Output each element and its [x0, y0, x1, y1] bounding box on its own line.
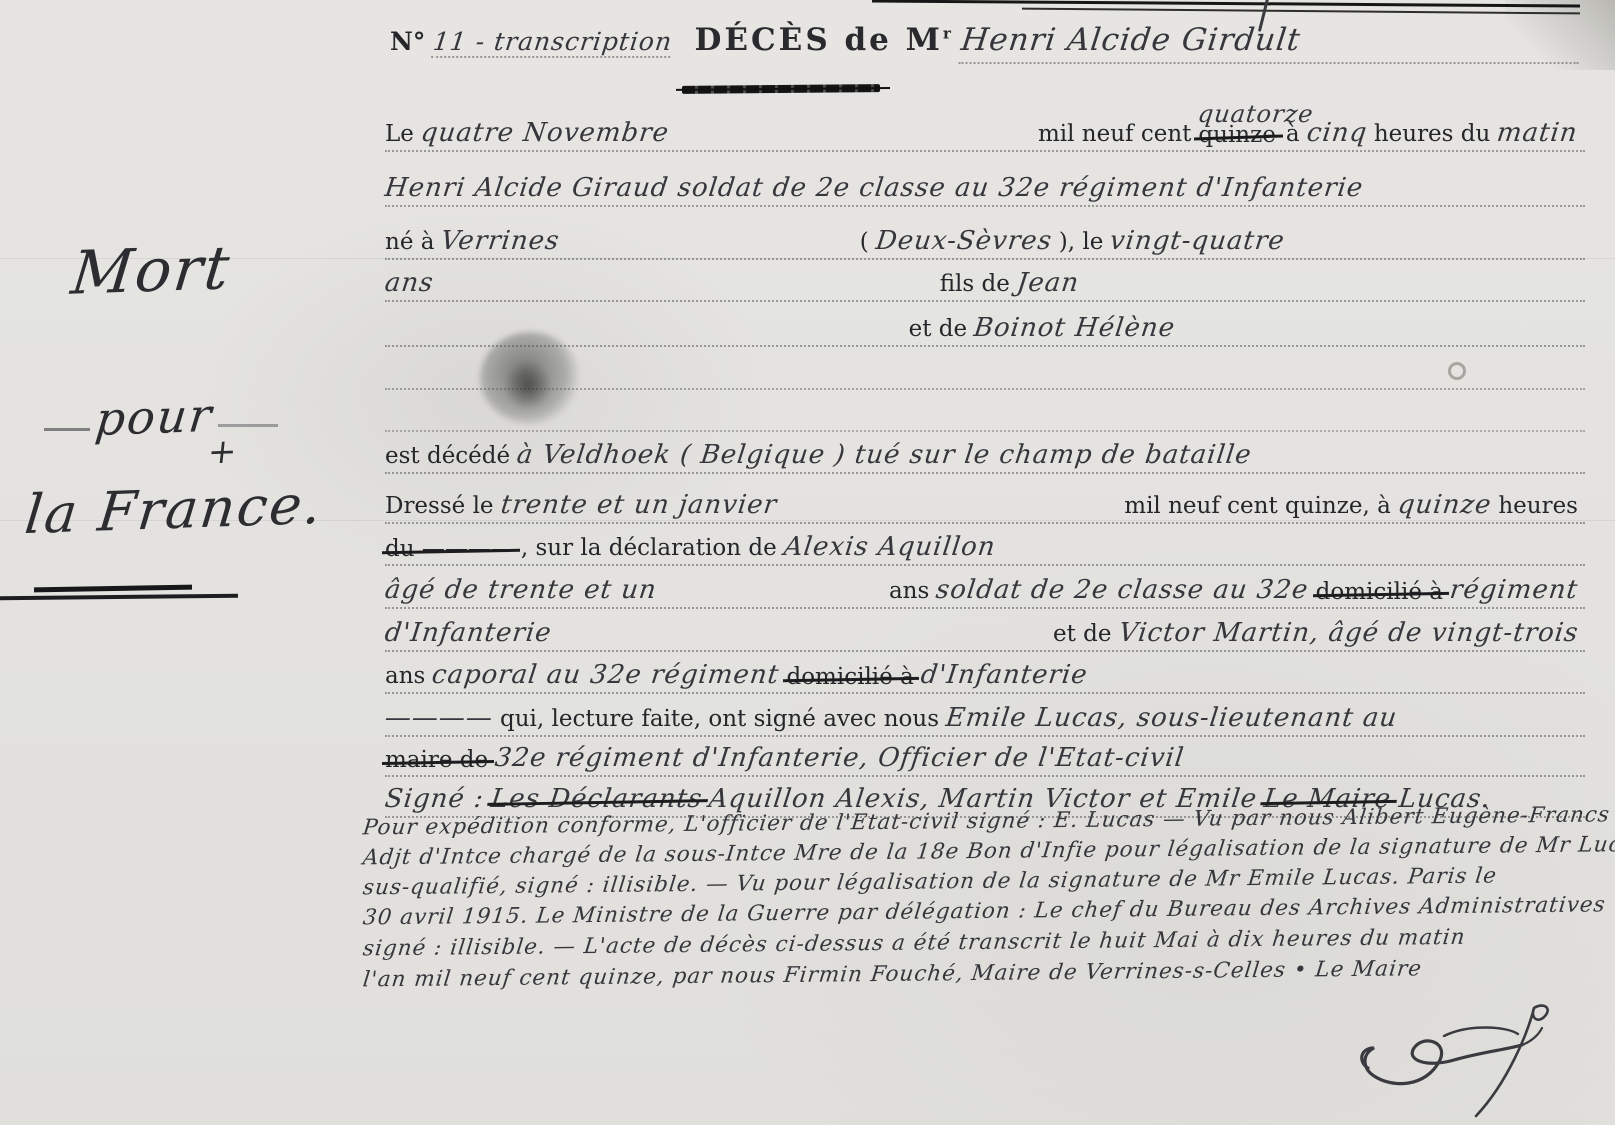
death-place-line: est décédéà Veldhoek ( Belgique ) tué su…	[385, 430, 1585, 474]
struck-text: domicilié à	[1316, 579, 1443, 605]
printed-text: et de	[1053, 621, 1112, 648]
margin-underline-2	[0, 594, 238, 600]
printed-text: mil neuf cent	[1038, 121, 1191, 148]
handwritten-text: ans	[383, 268, 435, 298]
margin-word-la-france: la France.	[22, 473, 326, 546]
handwritten-text: ————	[383, 703, 495, 733]
printed-text: ans	[385, 663, 425, 690]
struck-text: domicilié à	[786, 664, 913, 690]
handwritten-text: cinq	[1305, 118, 1369, 148]
corrected-word: quatorzequinze	[1198, 122, 1275, 148]
handwritten-text: Signé :	[383, 784, 486, 814]
signature-icon	[1352, 1002, 1592, 1122]
birthplace-line: né àVerrines(Deux-Sèvres), levingt-quatr…	[385, 216, 1585, 260]
mother-line: et deBoinot Hélène	[385, 303, 1585, 347]
printed-text: et de	[909, 316, 968, 343]
handwritten-text: à Veldhoek ( Belgique ) tué sur le champ…	[515, 440, 1253, 470]
handwritten-text: quinze	[1396, 490, 1493, 520]
printed-text: mil neuf cent quinze, à	[1124, 493, 1391, 520]
printed-text: qui, lecture faite, ont signé avec nous	[500, 706, 939, 733]
cross-mark: +	[206, 432, 239, 473]
printed-text: ), le	[1059, 229, 1104, 256]
struck-text: maire de	[385, 747, 488, 773]
margin-dash	[44, 428, 90, 431]
printed-text: Le	[385, 121, 414, 148]
drafted-date-line: Dressé letrente et un janviermil neuf ce…	[385, 480, 1585, 524]
death-certificate-scan: N° 11 - transcription DÉCÈS de Mr Henri …	[0, 0, 1615, 1125]
date-time-line: Lequatre Novembremil neuf centquatorzequ…	[385, 108, 1585, 152]
struck-word: quinze	[1198, 122, 1275, 148]
handwritten-text: vingt-quatre	[1109, 226, 1287, 256]
struck-text: du ————	[385, 536, 514, 562]
handwritten-text: Deux-Sèvres	[874, 226, 1054, 256]
printed-text: ans	[889, 578, 929, 605]
handwritten-text: 32e régiment d'Infanterie, Officier de l…	[493, 743, 1186, 773]
margin-word-mort: Mort	[68, 233, 234, 308]
declarant1-continued-line: d'Infanterieet deVictor Martin, âgé de v…	[385, 608, 1585, 652]
body-lines: Lequatre Novembremil neuf centquatorzequ…	[385, 0, 1585, 1125]
officer-line: maire de32e régiment d'Infanterie, Offic…	[385, 733, 1585, 777]
deceased-identity-line: Henri Alcide Giraud soldat de 2e classe …	[385, 163, 1585, 207]
handwritten-text: trente et un janvier	[499, 490, 779, 520]
margin-dash	[218, 424, 278, 427]
printed-text: (	[860, 229, 869, 256]
signature-clause-line: ————qui, lecture faite, ont signé avec n…	[385, 693, 1585, 737]
margin-underline-1	[34, 585, 192, 593]
printed-text: heures du	[1374, 121, 1491, 148]
handwritten-text: soldat de 2e classe au 32e	[934, 575, 1310, 605]
declaration-line: du ————, sur la déclaration deAlexis Aqu…	[385, 522, 1585, 566]
age-father-line: ansfils deJean	[385, 258, 1585, 302]
handwritten-text: âgé de trente et un	[383, 575, 658, 605]
printed-text: , sur la déclaration de	[521, 535, 777, 562]
printed-text: heures	[1498, 493, 1578, 520]
handwritten-text: matin	[1495, 118, 1579, 148]
printed-text: né à	[385, 229, 434, 256]
declarant2-line: anscaporal au 32e régimentdomicilié àd'I…	[385, 650, 1585, 694]
mayor-signature-flourish	[1352, 1002, 1592, 1122]
declarant1-line: âgé de trente et unanssoldat de 2e class…	[385, 565, 1585, 609]
dotted-fill	[1429, 982, 1585, 984]
printed-text: Dressé le	[385, 493, 494, 520]
handwritten-text: Henri Alcide Giraud soldat de 2e classe …	[383, 173, 1365, 203]
paper-hole-mark	[1448, 362, 1466, 380]
handwritten-text: d'Infanterie	[383, 618, 553, 648]
handwritten-text: Jean	[1015, 268, 1081, 298]
handwritten-text: Victor Martin, âgé de vingt-trois	[1117, 618, 1580, 648]
handwritten-text: Boinot Hélène	[972, 313, 1177, 343]
ink-smudge-stain-core	[505, 360, 551, 412]
handwritten-text: quatre Novembre	[419, 118, 671, 148]
printed-text: est décédé	[385, 443, 510, 470]
handwritten-text: Alexis Aquillon	[782, 532, 997, 562]
handwritten-text: Verrines	[440, 226, 562, 256]
margin-word-pour: pour	[93, 388, 216, 446]
printed-text: fils de	[940, 271, 1010, 298]
margin-note-mort-pour-la-france: Mort pour + la France.	[0, 0, 330, 700]
handwritten-text: Emile Lucas, sous-lieutenant au	[944, 703, 1399, 733]
handwritten-text: régiment	[1448, 575, 1580, 605]
handwritten-text: d'Infanterie	[919, 660, 1089, 690]
handwritten-text: caporal au 32e régiment	[431, 660, 782, 690]
